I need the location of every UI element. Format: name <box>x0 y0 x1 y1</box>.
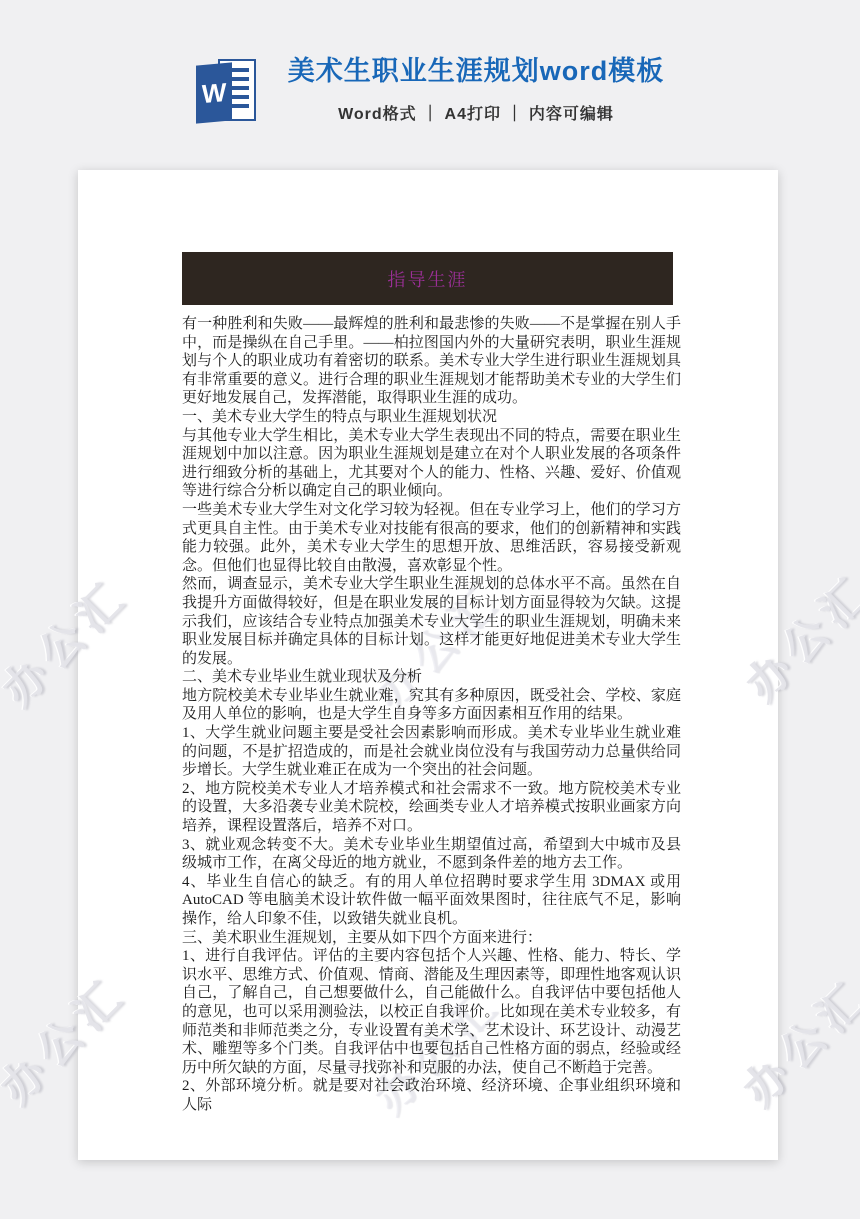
page-title: 美术生职业生涯规划word模板 <box>288 56 665 87</box>
doc-paragraph: 一些美术专业大学生对文化学习较为轻视。但在专业学习上，他们的学习方式更具自主性。… <box>182 501 681 575</box>
document-title-banner-text: 指导生涯 <box>388 266 468 292</box>
word-icon-w-panel: W <box>196 62 232 123</box>
document-content: 指导生涯 有一种胜利和失败——最辉煌的胜利和最悲惨的失败——不是掌握在别人手中，… <box>78 170 778 1160</box>
doc-paragraph-item-1: 1、进行自我评估。评估的主要内容包括个人兴趣、性格、能力、特长、学识水平、思维方… <box>182 947 681 1077</box>
document-title-banner: 指导生涯 <box>182 252 673 305</box>
doc-paragraph-item-4: 4、毕业生自信心的缺乏。有的用人单位招聘时要求学生用 3DMAX 或用 Auto… <box>182 873 681 929</box>
document-body-text: 有一种胜利和失败——最辉煌的胜利和最悲惨的失败——不是掌握在别人手中，而是操纵在… <box>182 315 681 1115</box>
template-preview-page: { "page_bg": "#f0f0f2", "header": { "ico… <box>0 0 860 1219</box>
doc-paragraph: 然而，调查显示，美术专业大学生职业生涯规划的总体水平不高。虽然在自我提升方面做得… <box>182 575 681 668</box>
doc-paragraph-item-2: 2、地方院校美术专业人才培养模式和社会需求不一致。地方院校美术专业的设置，大多沿… <box>182 780 681 836</box>
doc-heading-section-1: 一、美术专业大学生的特点与职业生涯规划状况 <box>182 408 681 427</box>
word-icon: W <box>196 56 256 128</box>
doc-paragraph-item-3: 3、就业观念转变不大。美术专业毕业生期望值过高，希望到大中城市及县级城市工作，在… <box>182 836 681 873</box>
doc-paragraph-item-2-truncated: 2、外部环境分析。就是要对社会政治环境、经济环境、企事业组织环境和人际 <box>182 1077 681 1114</box>
doc-paragraph: 与其他专业大学生相比，美术专业大学生表现出不同的特点，需要在职业生涯规划中加以注… <box>182 427 681 501</box>
doc-paragraph-item-1: 1、大学生就业问题主要是受社会因素影响而形成。美术专业毕业生就业难的问题，不是扩… <box>182 724 681 780</box>
doc-heading-section-2: 二、美术专业毕业生就业现状及分析 <box>182 668 681 687</box>
doc-paragraph-intro: 有一种胜利和失败——最辉煌的胜利和最悲惨的失败——不是掌握在别人手中，而是操纵在… <box>182 315 681 408</box>
doc-paragraph: 地方院校美术专业毕业生就业难，究其有多种原因，既受社会、学校、家庭及用人单位的影… <box>182 687 681 724</box>
template-header: W 美术生职业生涯规划word模板 Word格式 ｜ A4打印 ｜ 内容可编辑 <box>0 56 860 128</box>
doc-heading-section-3: 三、美术职业生涯规划，主要从如下四个方面来进行： <box>182 929 681 948</box>
header-text-block: 美术生职业生涯规划word模板 Word格式 ｜ A4打印 ｜ 内容可编辑 <box>288 56 665 124</box>
page-subtitle: Word格式 ｜ A4打印 ｜ 内容可编辑 <box>338 101 614 124</box>
